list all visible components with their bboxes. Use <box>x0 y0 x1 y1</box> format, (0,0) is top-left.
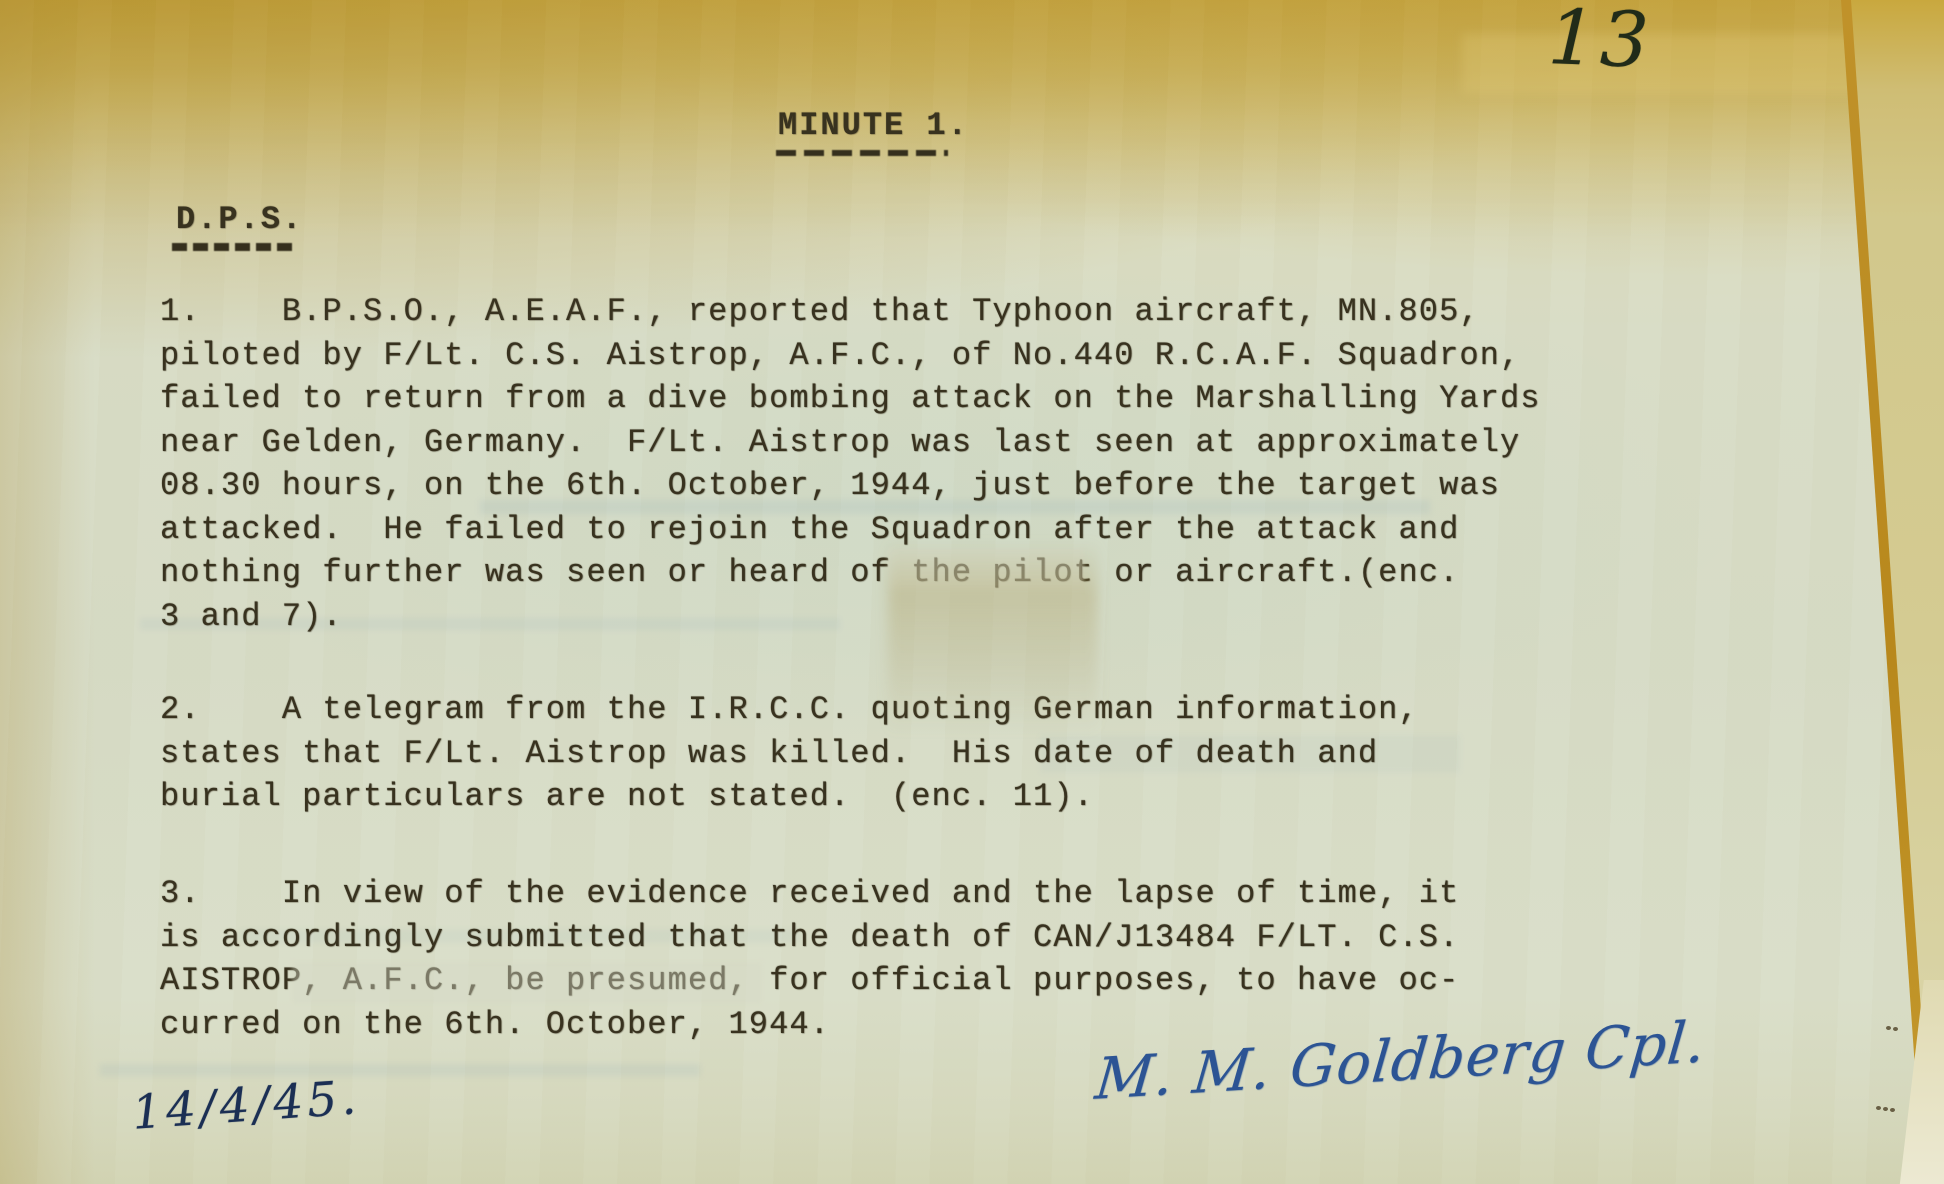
paragraph-2: 2. A telegram from the I.R.C.C. quoting … <box>160 688 1419 819</box>
edge-dot <box>1890 1108 1895 1112</box>
scanned-document: 13 MINUTE 1. D.P.S. 1. B.P.S.O., A.E.A.F… <box>0 0 1944 1184</box>
edge-dot <box>1893 1027 1898 1031</box>
ink-bleed-line <box>100 1064 700 1076</box>
handwritten-page-number: 13 <box>1546 0 1654 85</box>
edge-dot <box>1886 1026 1891 1030</box>
tape-mark <box>1462 34 1862 94</box>
recipient-underline <box>172 243 298 251</box>
paragraph-1: 1. B.P.S.O., A.E.A.F., reported that Typ… <box>160 290 1541 638</box>
faded-text-patch <box>292 962 762 1004</box>
title-underline <box>776 150 948 156</box>
edge-dot <box>1883 1107 1888 1111</box>
minute-title: MINUTE 1. <box>778 104 969 148</box>
edge-dot <box>1876 1106 1881 1110</box>
recipient-label: D.P.S. <box>176 198 303 242</box>
stain-smear <box>888 540 1098 735</box>
paragraph-3: 3. In view of the evidence received and … <box>160 872 1459 1046</box>
